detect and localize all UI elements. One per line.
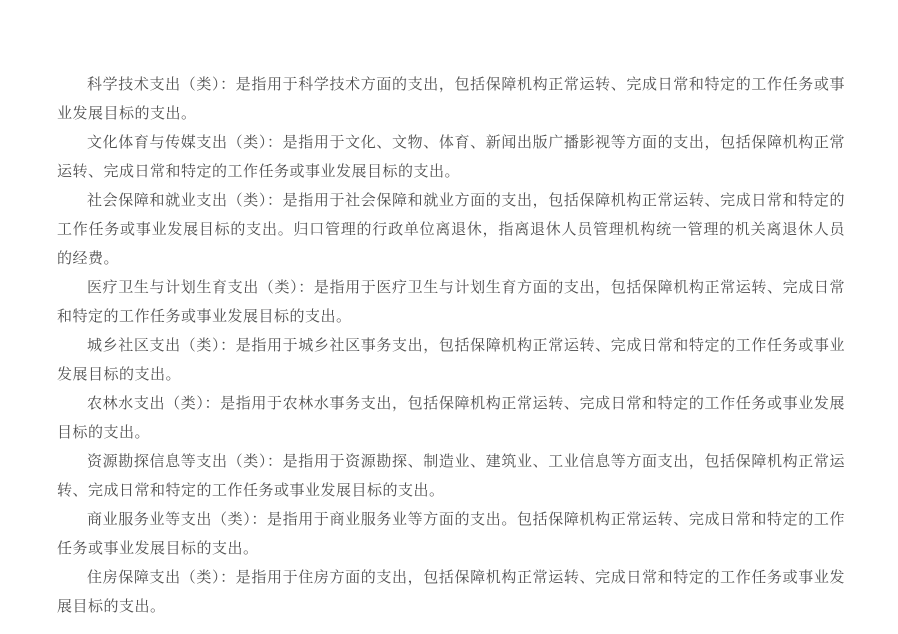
paragraph-resource-exploration-information-expenditure: 资源勘探信息等支出（类）：是指用于资源勘探、制造业、建筑业、工业信息等方面支出，… xyxy=(57,447,845,505)
paragraph-culture-sports-media-expenditure: 文化体育与传媒支出（类）：是指用于文化、文物、体育、新闻出版广播影视等方面的支出… xyxy=(57,128,845,186)
document-page: 科学技术支出（类）：是指用于科学技术方面的支出，包括保障机构正常运转、完成日常和… xyxy=(0,0,898,634)
document-body: 科学技术支出（类）：是指用于科学技术方面的支出，包括保障机构正常运转、完成日常和… xyxy=(57,70,845,621)
paragraph-urban-rural-community-expenditure: 城乡社区支出（类）：是指用于城乡社区事务支出，包括保障机构正常运转、完成日常和特… xyxy=(57,331,845,389)
paragraph-science-tech-expenditure: 科学技术支出（类）：是指用于科学技术方面的支出，包括保障机构正常运转、完成日常和… xyxy=(57,70,845,128)
paragraph-social-security-employment-expenditure: 社会保障和就业支出（类）：是指用于社会保障和就业方面的支出，包括保障机构正常运转… xyxy=(57,186,845,273)
paragraph-housing-security-expenditure: 住房保障支出（类）：是指用于住房方面的支出，包括保障机构正常运转、完成日常和特定… xyxy=(57,563,845,621)
paragraph-agriculture-forestry-water-expenditure: 农林水支出（类）：是指用于农林水事务支出，包括保障机构正常运转、完成日常和特定的… xyxy=(57,389,845,447)
paragraph-medical-health-family-planning-expenditure: 医疗卫生与计划生育支出（类）：是指用于医疗卫生与计划生育方面的支出，包括保障机构… xyxy=(57,273,845,331)
paragraph-commercial-services-expenditure: 商业服务业等支出（类）：是指用于商业服务业等方面的支出。包括保障机构正常运转、完… xyxy=(57,505,845,563)
